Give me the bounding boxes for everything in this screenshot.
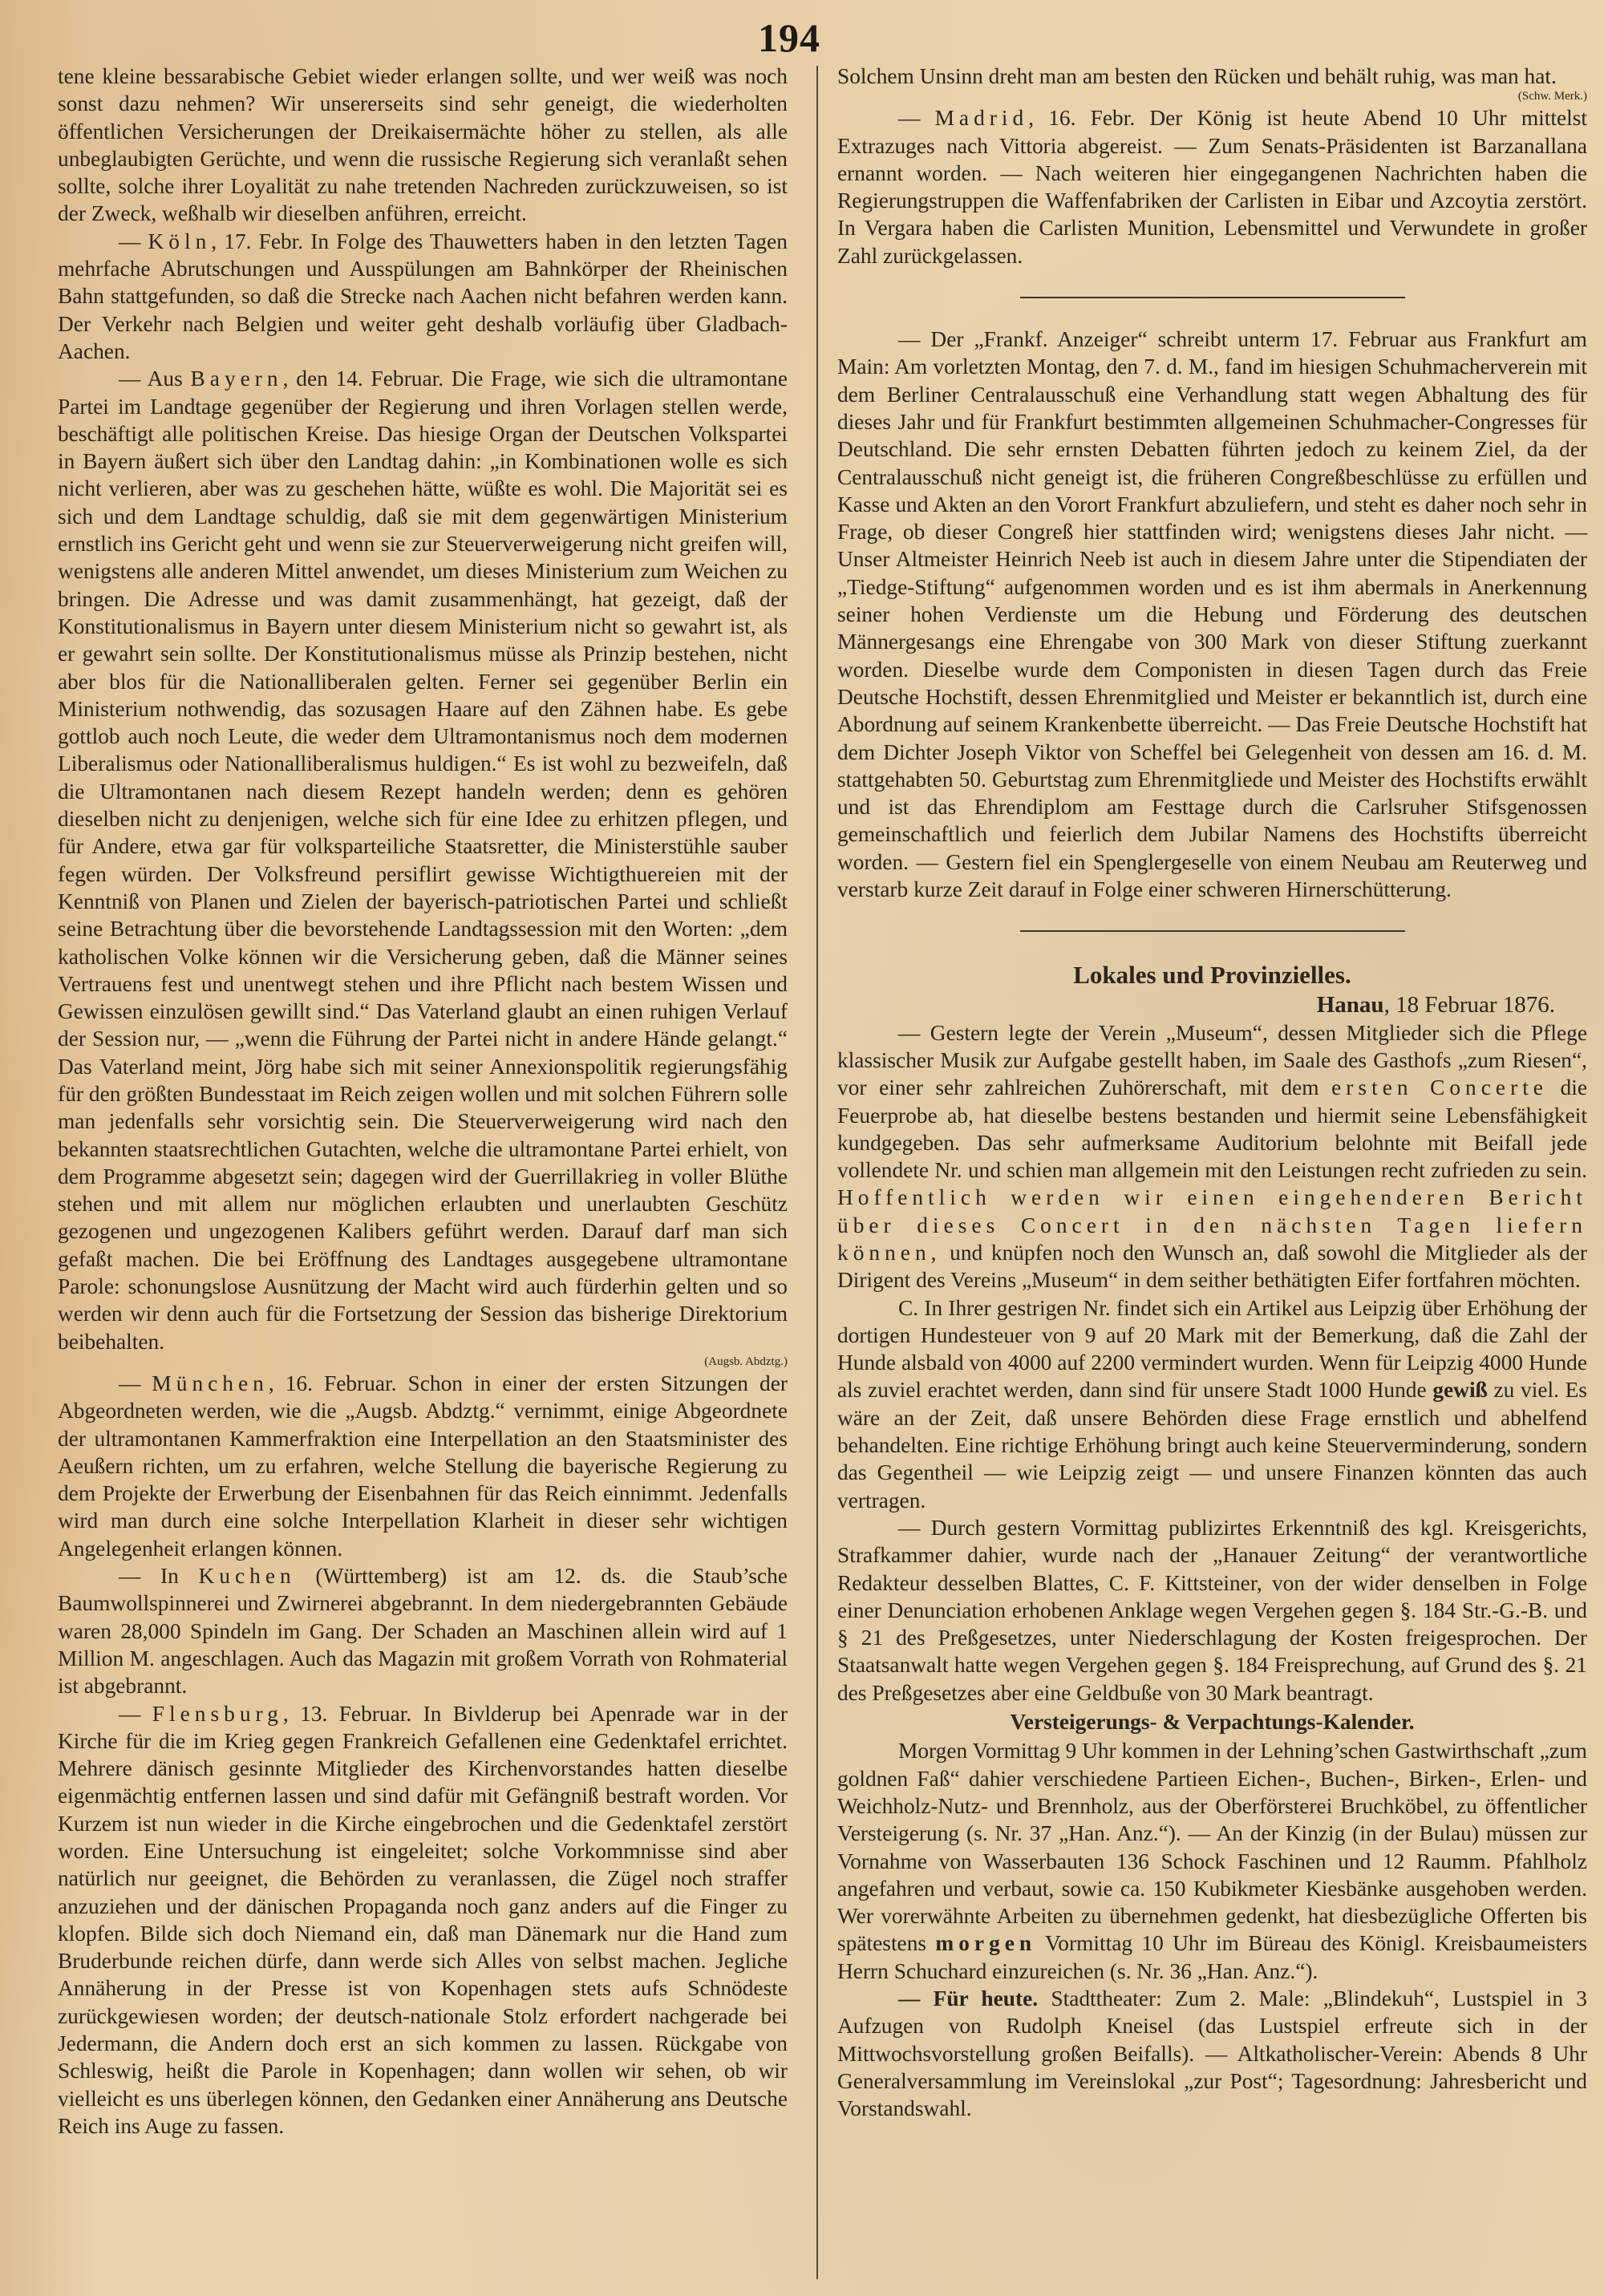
emphasis-text: — Für heute. xyxy=(898,1986,1038,2011)
section-heading-kalender: Versteigerungs- & Verpachtungs-Kalender. xyxy=(837,1708,1587,1735)
source-citation: (Augsb. Abdztg.) xyxy=(58,1354,788,1370)
dateline-place: Bayern xyxy=(191,366,283,391)
article-text: , 13. Februar. In Bivlderup bei Apenrade… xyxy=(58,1702,788,2138)
article-bayern: — Aus Bayern, den 14. Februar. Die Frage… xyxy=(58,365,788,1355)
article-text: , 16. Febr. Der König ist heute Abend 10… xyxy=(837,106,1587,267)
emphasis-text: ersten Concerte xyxy=(1331,1075,1548,1099)
page-number: 194 xyxy=(758,14,820,61)
section-rule xyxy=(1020,930,1405,932)
section-rule xyxy=(1020,297,1405,298)
article-fuer-heute: — Für heute. Stadttheater: Zum 2. Male: … xyxy=(837,1985,1587,2122)
article-hundesteuer: C. In Ihrer gestrigen Nr. findet sich ei… xyxy=(837,1294,1587,1514)
dateline-place: Hanau xyxy=(1317,992,1384,1018)
article-museum: — Gestern legte der Verein „Museum“, des… xyxy=(837,1019,1587,1294)
column-divider xyxy=(816,66,818,2279)
left-column: tene kleine bessarabische Gebiet wieder … xyxy=(58,63,788,2140)
article-flensburg: — Flensburg, 13. Februar. In Bivlderup b… xyxy=(58,1700,788,2140)
dateline-date: , 18 Februar 1876. xyxy=(1384,992,1555,1018)
emphasis-text: morgen xyxy=(935,1931,1036,1955)
article-muenchen: — München, 16. Februar. Schon in einer d… xyxy=(58,1370,788,1562)
article-kalender: Morgen Vormittag 9 Uhr kommen in der Leh… xyxy=(837,1737,1587,1985)
article-lead: — In xyxy=(119,1564,199,1588)
dateline-place: Flensburg xyxy=(152,1702,283,1726)
article-urteil: — Durch gestern Vormittag publizirtes Er… xyxy=(837,1514,1587,1707)
dateline-place: Köln xyxy=(148,229,212,253)
dateline-place: Madrid xyxy=(935,106,1029,130)
article-madrid: — Madrid, 16. Febr. Der König ist heute … xyxy=(837,104,1587,269)
section-heading-lokales: Lokales und Provinzielles. xyxy=(837,959,1587,991)
article-frankfurt: — Der „Frankf. Anzeiger“ schreibt unterm… xyxy=(837,326,1587,903)
article-kuchen: — In Kuchen (Württemberg) ist am 12. ds.… xyxy=(58,1562,788,1699)
dateline-place: Kuchen xyxy=(199,1564,296,1588)
article-text: und knüpfen noch den Wunsch an, daß sowo… xyxy=(837,1241,1587,1292)
right-column: Solchem Unsinn dreht man am besten den R… xyxy=(837,63,1587,2122)
dateline-hanau: Hanau, 18 Februar 1876. xyxy=(837,991,1587,1018)
article-continuation: tene kleine bessarabische Gebiet wieder … xyxy=(58,63,788,228)
source-citation: (Schw. Merk.) xyxy=(837,88,1587,104)
article-lead: — Aus xyxy=(119,366,191,391)
article-continuation: Solchem Unsinn dreht man am besten den R… xyxy=(837,63,1587,90)
emphasis-text: gewiß xyxy=(1432,1378,1487,1402)
dateline-place: München xyxy=(152,1371,268,1395)
article-text: , den 14. Februar. Die Frage, wie sich d… xyxy=(58,366,788,1353)
article-koeln: — Köln, 17. Febr. In Folge des Thauwette… xyxy=(58,228,788,365)
article-text: Morgen Vormittag 9 Uhr kommen in der Leh… xyxy=(837,1739,1587,1955)
article-text: , 16. Februar. Schon in einer der ersten… xyxy=(58,1371,788,1561)
